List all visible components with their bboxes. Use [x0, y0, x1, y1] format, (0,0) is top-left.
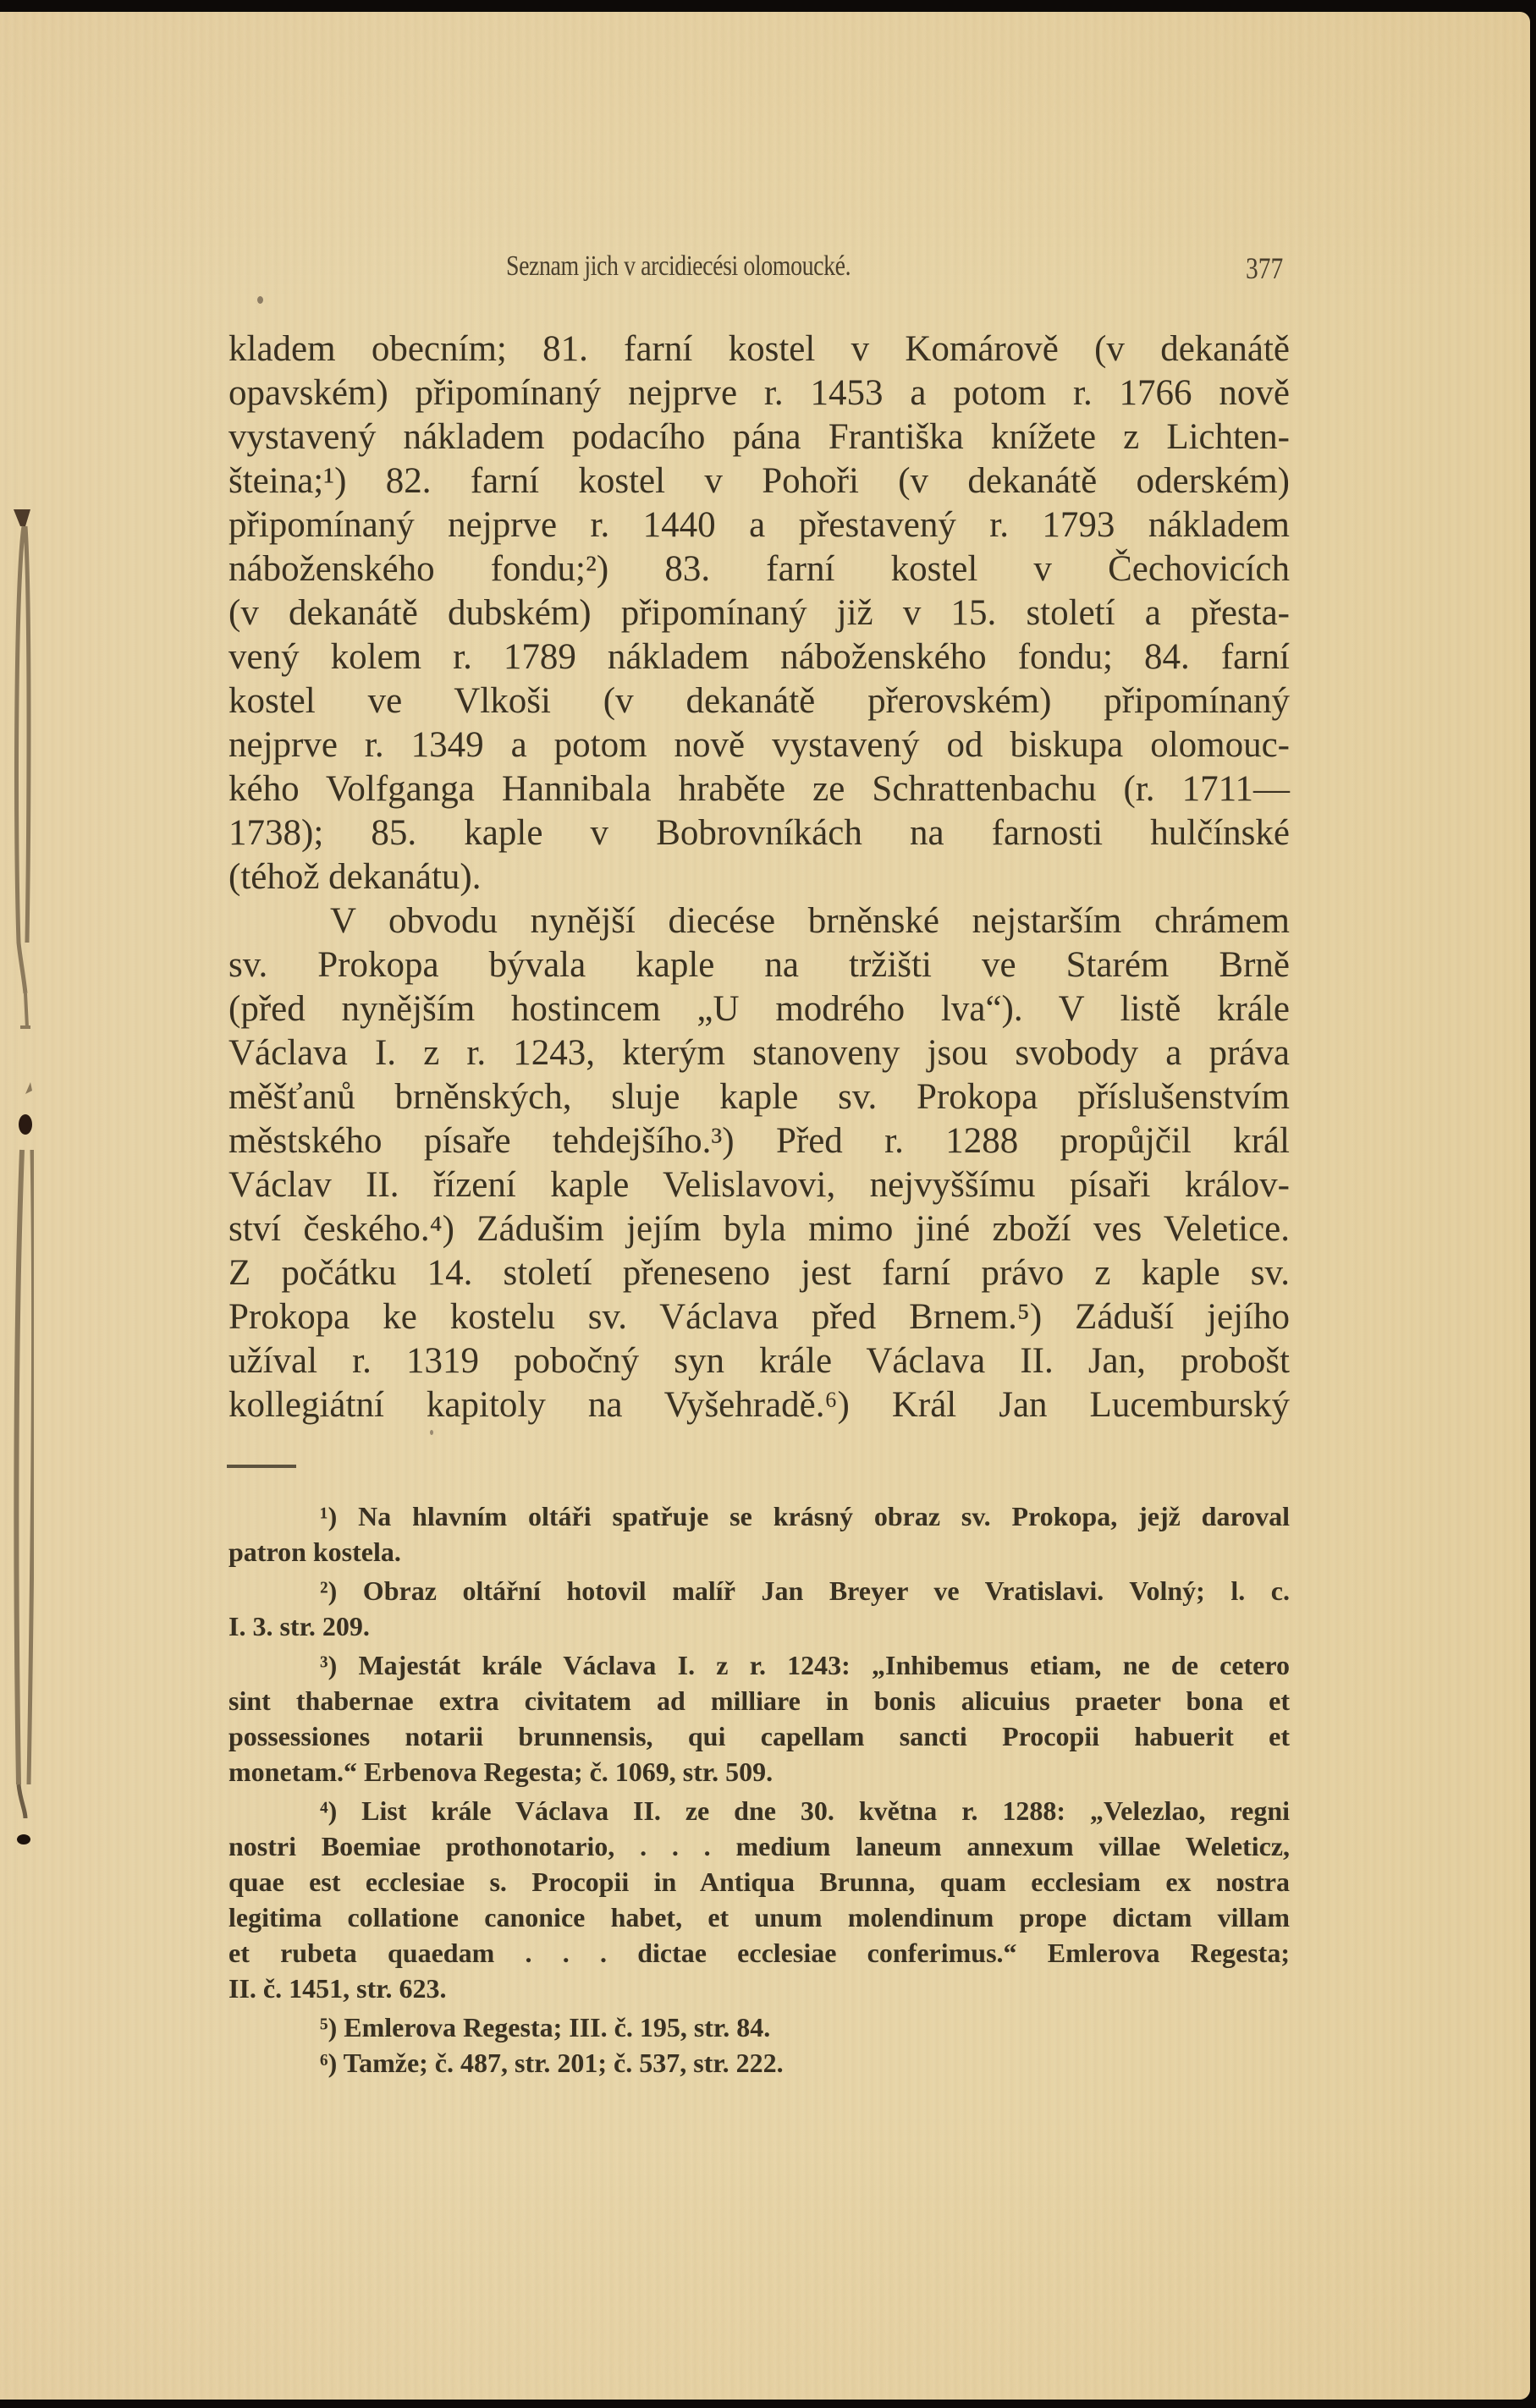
footnote-3-cont: monetam.“ Erbenova Regesta; č. 1069, str… [228, 1755, 1290, 1789]
footnote-4-cont: et rubeta quaedam . . . dictae ecclesiae… [228, 1936, 1290, 1970]
footnote-6: ⁶) Tamže; č. 487, str. 201; č. 537, str.… [320, 2046, 1290, 2080]
margin-bracket-mark-bottom [7, 1074, 34, 1869]
footnote-4-cont: legitima collatione canonice habet, et u… [228, 1900, 1290, 1934]
footnote-2-cont: I. 3. str. 209. [228, 1609, 1290, 1643]
body-line: náboženského fondu;²) 83. farní kostel v… [228, 547, 1290, 591]
body-line: kostel ve Vlkoši (v dekanátě přerovském)… [228, 679, 1290, 723]
footnote-3: ³) Majestát krále Václava I. z r. 1243: … [320, 1648, 1290, 1682]
footnote-4-cont: quae est ecclesiae s. Procopii in Antiqu… [228, 1865, 1290, 1899]
running-header: Seznam jich v arcidiecési olomoucké. [506, 250, 1144, 283]
footnote-5: ⁵) Emlerova Regesta; III. č. 195, str. 8… [320, 2010, 1290, 2044]
body-line: opavském) připomínaný nejprve r. 1453 a … [228, 371, 1290, 415]
footnote-3-cont: sint thabernae extra civitatem ad millia… [228, 1684, 1290, 1718]
body-line: 1738); 85. kaple v Bobrovníkách na farno… [228, 811, 1290, 855]
body-line-paragraph-start: V obvodu nynější diecése brněnské nejsta… [330, 899, 1290, 943]
page-number: 377 [1246, 250, 1283, 286]
body-line: vystavený nákladem podacího pána Františ… [228, 415, 1290, 459]
body-line: kollegiátní kapitoly na Vyšehradě.⁶) Krá… [228, 1383, 1290, 1427]
footnote-2: ²) Obraz oltářní hotovil malíř Jan Breye… [320, 1574, 1290, 1608]
body-line: vený kolem r. 1789 nákladem náboženského… [228, 635, 1290, 679]
footnote-4: ⁴) List krále Václava II. ze dne 30. kvě… [320, 1794, 1290, 1828]
body-line: užíval r. 1319 pobočný syn krále Václava… [228, 1339, 1290, 1383]
footnote-4-cont: nostri Boemiae prothonotario, . . . medi… [228, 1829, 1290, 1863]
body-line: (v dekanátě dubském) připomínaný již v 1… [228, 591, 1290, 635]
footnote-1-cont: patron kostela. [228, 1535, 1290, 1569]
body-line: kého Volfganga Hannibala hraběte ze Schr… [228, 767, 1290, 811]
scanned-page: Seznam jich v arcidiecési olomoucké. 377… [0, 12, 1530, 2400]
footnote-4-cont: II. č. 1451, str. 623. [228, 1971, 1290, 2005]
body-line-paragraph-end: (téhož dekanátu). [228, 855, 1290, 899]
body-line: Václav II. řízení kaple Velislavovi, nej… [228, 1163, 1290, 1207]
ink-speck [430, 1430, 433, 1435]
ink-speck [257, 296, 263, 304]
body-line: Prokopa ke kostelu sv. Václava před Brne… [228, 1295, 1290, 1339]
footnote-3-cont: possessiones notarii brunnensis, qui cap… [228, 1719, 1290, 1753]
body-line: ství českého.⁴) Zádušim jejím byla mimo … [228, 1207, 1290, 1251]
margin-bracket-mark-top [8, 486, 34, 1061]
body-line: (před nynějším hostincem „U modrého lva“… [228, 987, 1290, 1031]
footnote-separator [227, 1465, 296, 1468]
body-line: kladem obecním; 81. farní kostel v Komár… [228, 327, 1290, 371]
body-line: Z počátku 14. století přeneseno jest far… [228, 1251, 1290, 1295]
body-line: připomínaný nejprve r. 1440 a přestavený… [228, 503, 1290, 547]
body-line: sv. Prokopa bývala kaple na tržišti ve S… [228, 943, 1290, 987]
body-line: Václava I. z r. 1243, kterým stanoveny j… [228, 1031, 1290, 1075]
body-line: měšťanů brněnských, sluje kaple sv. Prok… [228, 1075, 1290, 1119]
body-line: městského písaře tehdejšího.³) Před r. 1… [228, 1119, 1290, 1163]
body-line: nejprve r. 1349 a potom nově vystavený o… [228, 723, 1290, 767]
body-line: šteina;¹) 82. farní kostel v Pohoři (v d… [228, 459, 1290, 503]
footnote-1: ¹) Na hlavním oltáři spatřuje se krásný … [320, 1499, 1290, 1533]
